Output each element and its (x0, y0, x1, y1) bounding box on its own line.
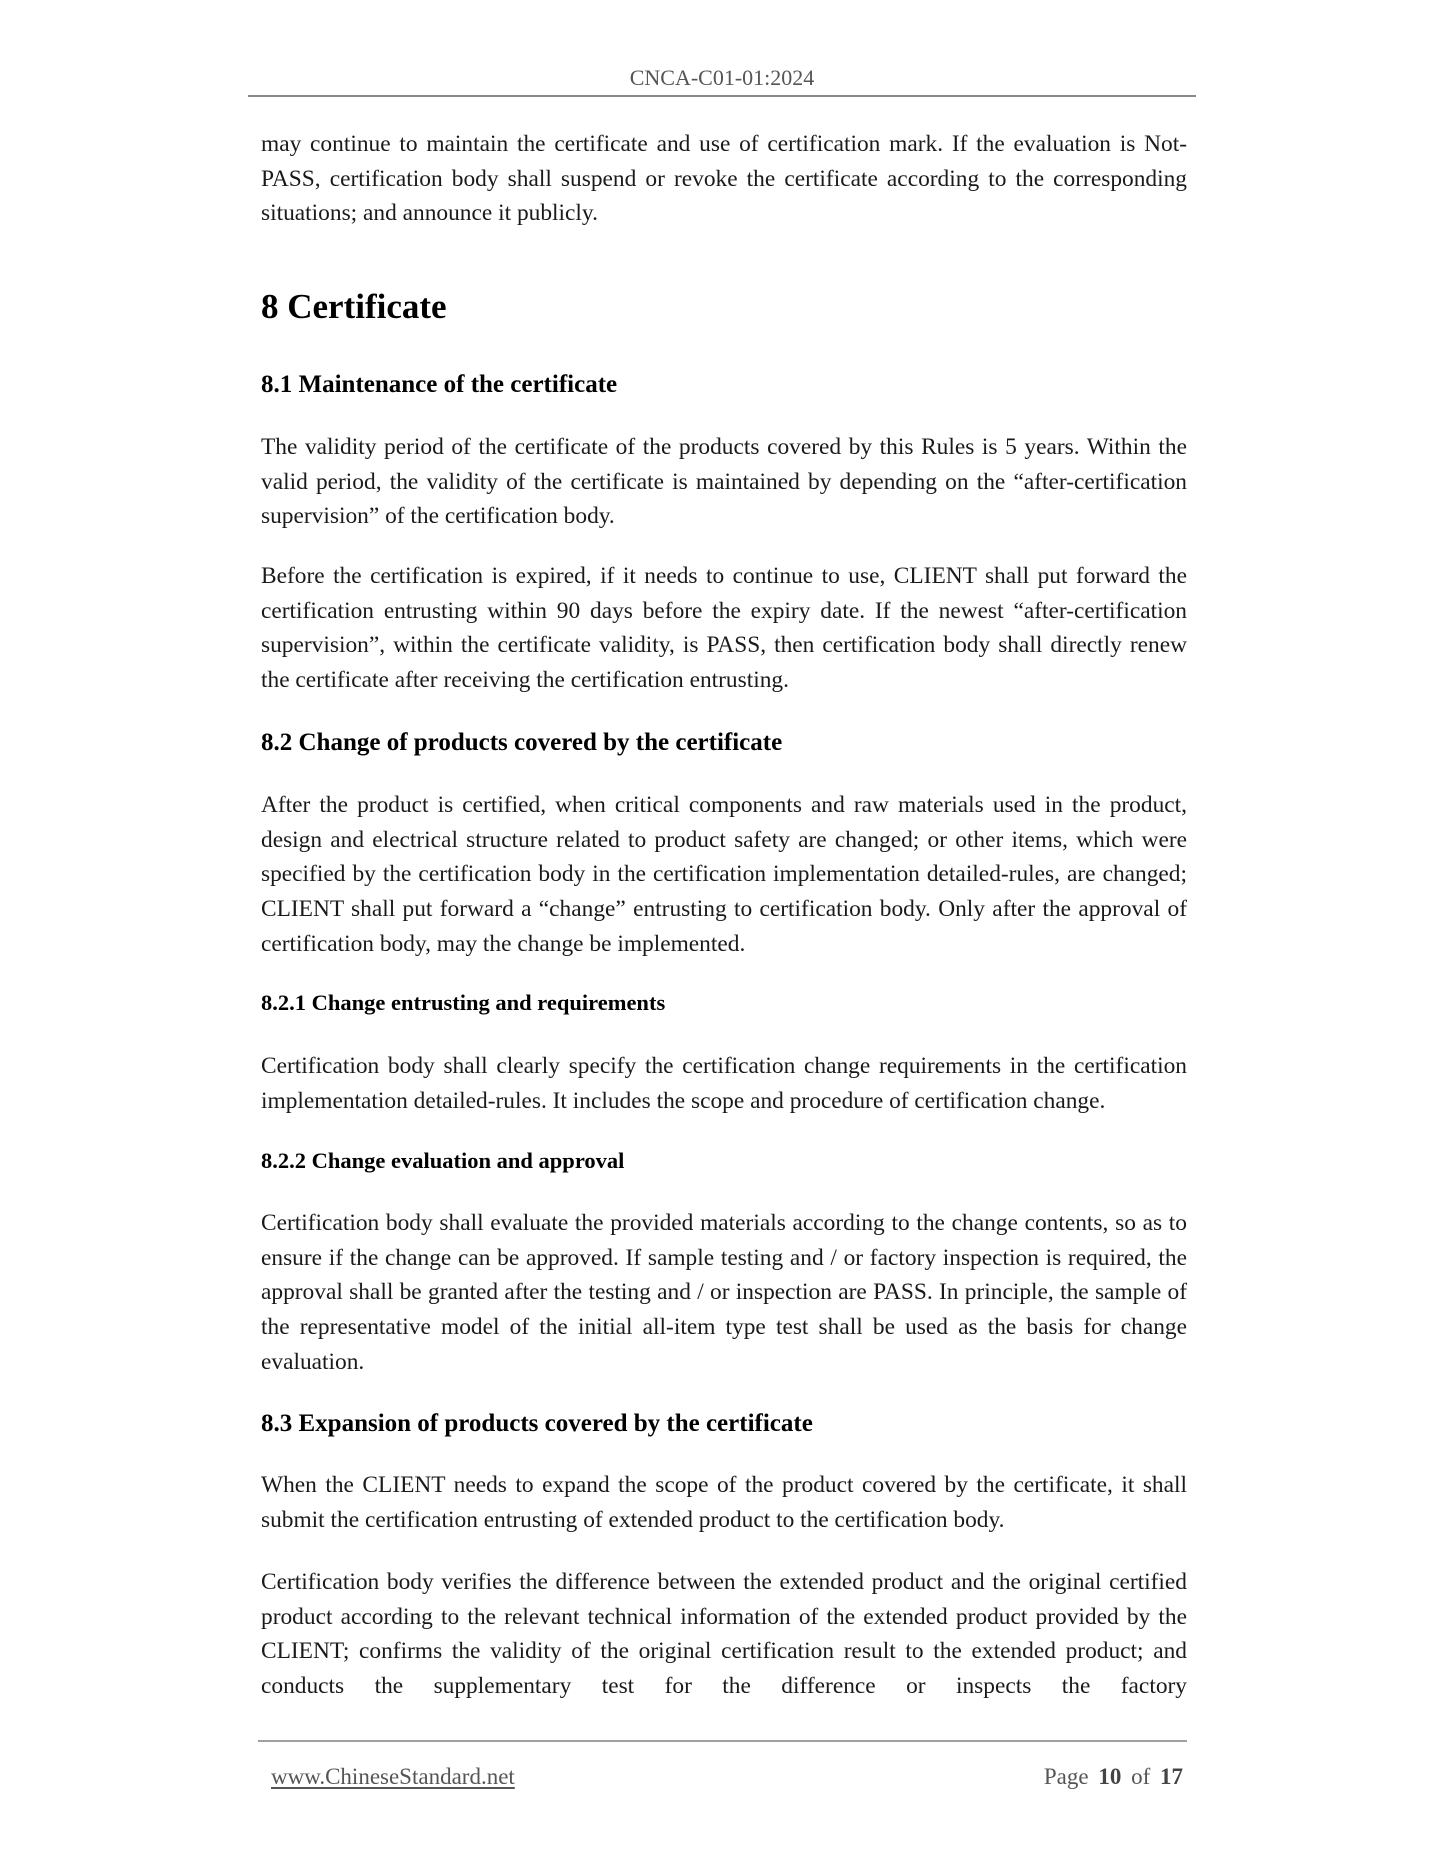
header-divider (248, 95, 1196, 97)
section-8-3-heading: 8.3 Expansion of products covered by the… (261, 1408, 1187, 1440)
section-8-1-paragraph-2: Before the certification is expired, if … (261, 559, 1187, 698)
page-total: 17 (1160, 1764, 1183, 1789)
section-8-1-heading: 8.1 Maintenance of the certificate (261, 369, 1187, 401)
section-8-heading: 8 Certificate (261, 286, 1187, 328)
section-8-3-paragraph-1: When the CLIENT needs to expand the scop… (261, 1468, 1187, 1537)
page-label: Page (1044, 1764, 1089, 1789)
section-8-2-heading: 8.2 Change of products covered by the ce… (261, 727, 1187, 759)
section-8-3-paragraph-2: Certification body verifies the differen… (261, 1565, 1187, 1704)
page-number-indicator: Page 10 of 17 (1044, 1762, 1183, 1792)
footer-website-link[interactable]: www.ChineseStandard.net (271, 1762, 515, 1792)
section-8-1-paragraph-1: The validity period of the certificate o… (261, 430, 1187, 534)
section-8-2-1-paragraph-1: Certification body shall clearly specify… (261, 1049, 1187, 1118)
page-header-document-code: CNCA-C01-01:2024 (248, 64, 1196, 92)
page-current: 10 (1098, 1764, 1121, 1789)
footer-divider (258, 1740, 1187, 1742)
page-of-label: of (1131, 1764, 1150, 1789)
section-8-2-paragraph-1: After the product is certified, when cri… (261, 788, 1187, 962)
section-8-2-2-heading: 8.2.2 Change evaluation and approval (261, 1146, 1187, 1176)
intro-paragraph: may continue to maintain the certificate… (261, 127, 1187, 231)
section-8-2-1-heading: 8.2.1 Change entrusting and requirements (261, 988, 1187, 1018)
section-8-2-2-paragraph-1: Certification body shall evaluate the pr… (261, 1206, 1187, 1380)
